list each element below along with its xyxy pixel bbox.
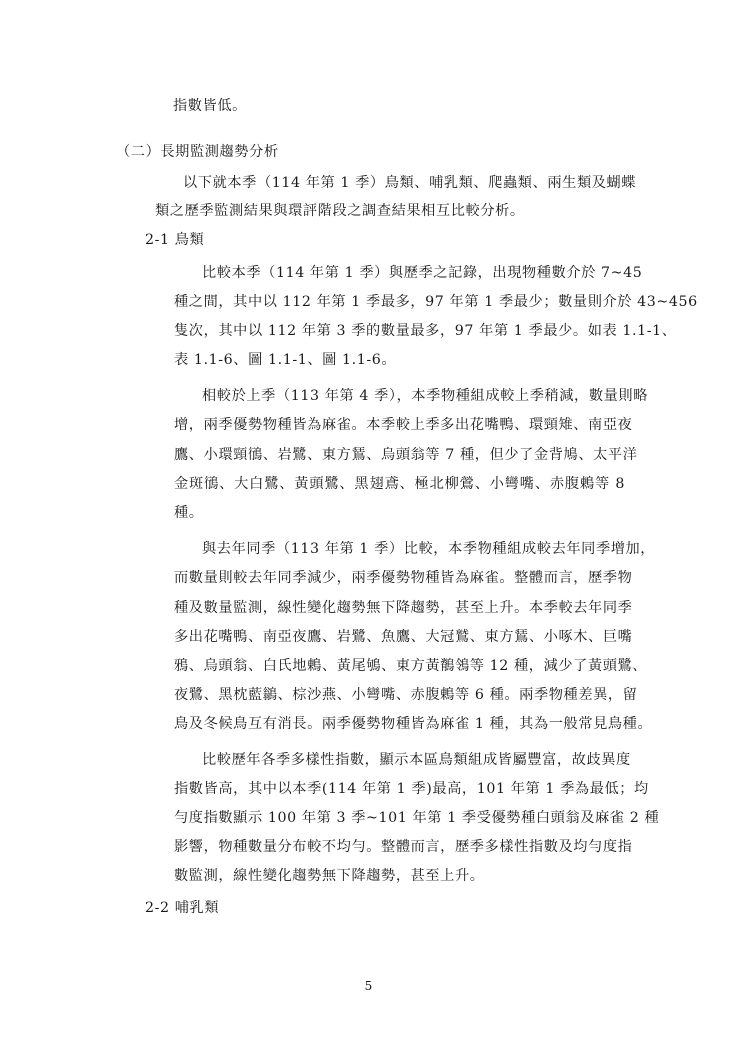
paragraph-line: 鴉、烏頭翁、白氏地鶇、黃尾鴝、東方黃鶺鴒等 12 種，減少了黃頭鷺、 <box>174 657 625 675</box>
paragraph-line: 增，兩季優勢物種皆為麻雀。本季較上季多出花嘴鴨、環頸雉、南亞夜 <box>174 416 625 434</box>
intro-line-1: 以下就本季（114 年第 1 季）鳥類、哺乳類、爬蟲類、兩生類及蝴蝶 <box>183 174 625 192</box>
carryover-text: 指數皆低。 <box>173 97 247 115</box>
paragraph-line: 影響，物種數量分布較不均勻。整體而言，歷季多樣性指數及均勻度指 <box>174 838 625 856</box>
page-number: 5 <box>0 979 737 993</box>
paragraph-line: 比較本季（114 年第 1 季）與歷季之記錄，出現物種數介於 7~45 <box>202 264 625 282</box>
paragraph-line: 而數量則較去年同季減少，兩季優勢物種皆為麻雀。整體而言，歷季物 <box>174 569 625 587</box>
paragraph-line: 種。 <box>174 504 204 522</box>
paragraph-line: 勻度指數顯示 100 年第 3 季~101 年第 1 季受優勢種白頭翁及麻雀 2… <box>174 809 625 827</box>
subsection-heading-mammals: 2-2 哺乳類 <box>145 899 219 917</box>
subsection-heading-birds: 2-1 鳥類 <box>145 231 204 249</box>
paragraph-line: 種及數量監測，線性變化趨勢無下降趨勢，甚至上升。本季較去年同季 <box>174 599 625 617</box>
paragraph-line: 夜鷺、黑枕藍鶲、棕沙燕、小彎嘴、赤腹鶇等 6 種。兩季物種差異，留 <box>174 686 625 704</box>
paragraph-line: 隻次，其中以 112 年第 3 季的數量最多，97 年第 1 季最少。如表 1.… <box>174 322 625 340</box>
paragraph-line: 鷹、小環頸鴴、岩鷺、東方鵟、烏頭翁等 7 種，但少了金背鳩、太平洋 <box>174 446 625 464</box>
paragraph-line: 表 1.1-6、圖 1.1-1、圖 1.1-6。 <box>174 351 396 369</box>
paragraph-line: 與去年同季（113 年第 1 季）比較，本季物種組成較去年同季增加， <box>202 540 625 558</box>
paragraph-line: 數監測，線性變化趨勢無下降趨勢，甚至上升。 <box>174 867 485 885</box>
paragraph-line: 指數皆高，其中以本季(114 年第 1 季)最高，101 年第 1 季為最低；均 <box>174 780 625 798</box>
paragraph-line: 金斑鴴、大白鷺、黃頭鷺、黑翅鳶、極北柳鶯、小彎嘴、赤腹鶇等 8 <box>174 475 625 493</box>
document-page: 指數皆低。 （二）長期監測趨勢分析 以下就本季（114 年第 1 季）鳥類、哺乳… <box>0 0 737 1042</box>
paragraph-line: 鳥及冬候鳥互有消長。兩季優勢物種皆為麻雀 1 種，其為一般常見鳥種。 <box>174 715 625 733</box>
paragraph-line: 多出花嘴鴨、南亞夜鷹、岩鷺、魚鷹、大冠鷲、東方鵟、小啄木、巨嘴 <box>174 628 625 646</box>
section-heading: （二）長期監測趨勢分析 <box>116 143 279 161</box>
intro-line-2: 類之歷季監測結果與環評階段之調查結果相互比較分析。 <box>155 202 525 220</box>
paragraph-line: 比較歷年各季多樣性指數，顯示本區鳥類組成皆屬豐富，故歧異度 <box>202 751 625 769</box>
paragraph-line: 種之間，其中以 112 年第 1 季最多，97 年第 1 季最少；數量則介於 4… <box>174 293 625 311</box>
paragraph-line: 相較於上季（113 年第 4 季），本季物種組成較上季稍減，數量則略 <box>202 387 625 405</box>
